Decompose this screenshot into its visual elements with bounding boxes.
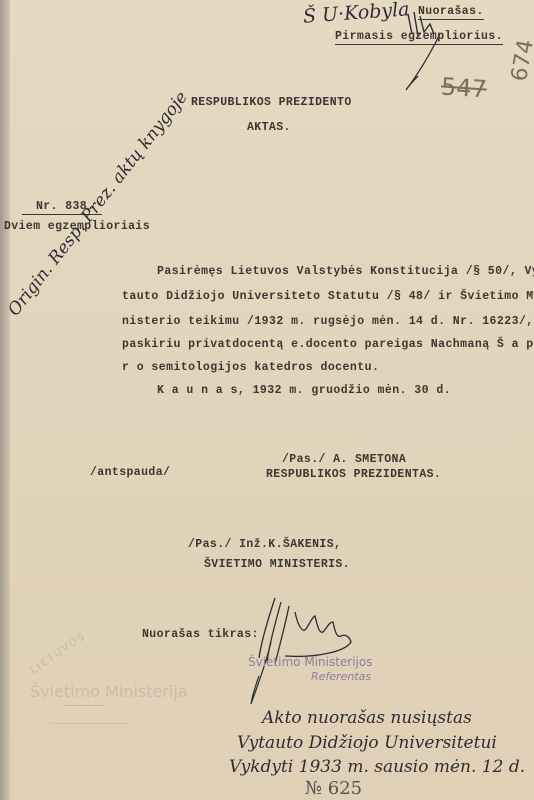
body-line-4: paskiriu privatdocentą e.docento pareiga… [122, 338, 534, 351]
minister-signed: /Pas./ Inž.K.ŠAKENIS, [188, 538, 341, 551]
page-subtitle: AKTAS. [247, 121, 291, 134]
footer-note-line2: Vytauto Didžiojo Universitetui [237, 733, 497, 753]
place-date: K a u n a s, 1932 m. gruodžio mėn. 30 d. [157, 384, 451, 397]
president-title: RESPUBLIKOS PREZIDENTAS. [266, 468, 441, 481]
seal-note: /antspauda/ [90, 466, 170, 479]
stamp-ministry: Švietimo Ministerijos [248, 655, 372, 669]
body-line-5: r o semitologijos katedros docentu. [122, 361, 379, 374]
certification-label: Nuorašas tikras: [142, 628, 259, 641]
faded-stamp-text: Švietimo Ministerija [30, 682, 188, 701]
body-line-1: Pasirėmęs Lietuvos Valstybės Konstitucij… [157, 265, 534, 278]
binding-edge [0, 0, 10, 800]
footer-note-line1: Akto nuorašas nusiųstas [262, 708, 472, 728]
first-copy-label: Pirmasis egzempliorius. [335, 30, 503, 45]
page-title: RESPUBLIKOS PREZIDENTO [191, 96, 352, 109]
body-line-2: tauto Didžiojo Universiteto Statutu /§ 4… [122, 290, 534, 303]
copy-label: Nuorašas. [418, 5, 484, 20]
faded-stamp-line [64, 705, 104, 706]
footer-note-line4: № 625 [305, 778, 362, 799]
body-line-3: nisterio teikimu /1932 m. rugsėjo mėn. 1… [122, 315, 534, 328]
minister-title: ŠVIETIMO MINISTERIS. [204, 558, 350, 571]
stamp-referent: Referentas [311, 670, 371, 683]
footer-note-line3: Vykdyti 1933 m. sausio mėn. 12 d. [229, 757, 525, 777]
pencil-number-crossed: 547 [440, 72, 488, 103]
president-signed: /Pas./ A. SMETONA [282, 453, 406, 466]
faded-stamp-line-2 [50, 723, 130, 724]
signature-icon [245, 592, 365, 707]
